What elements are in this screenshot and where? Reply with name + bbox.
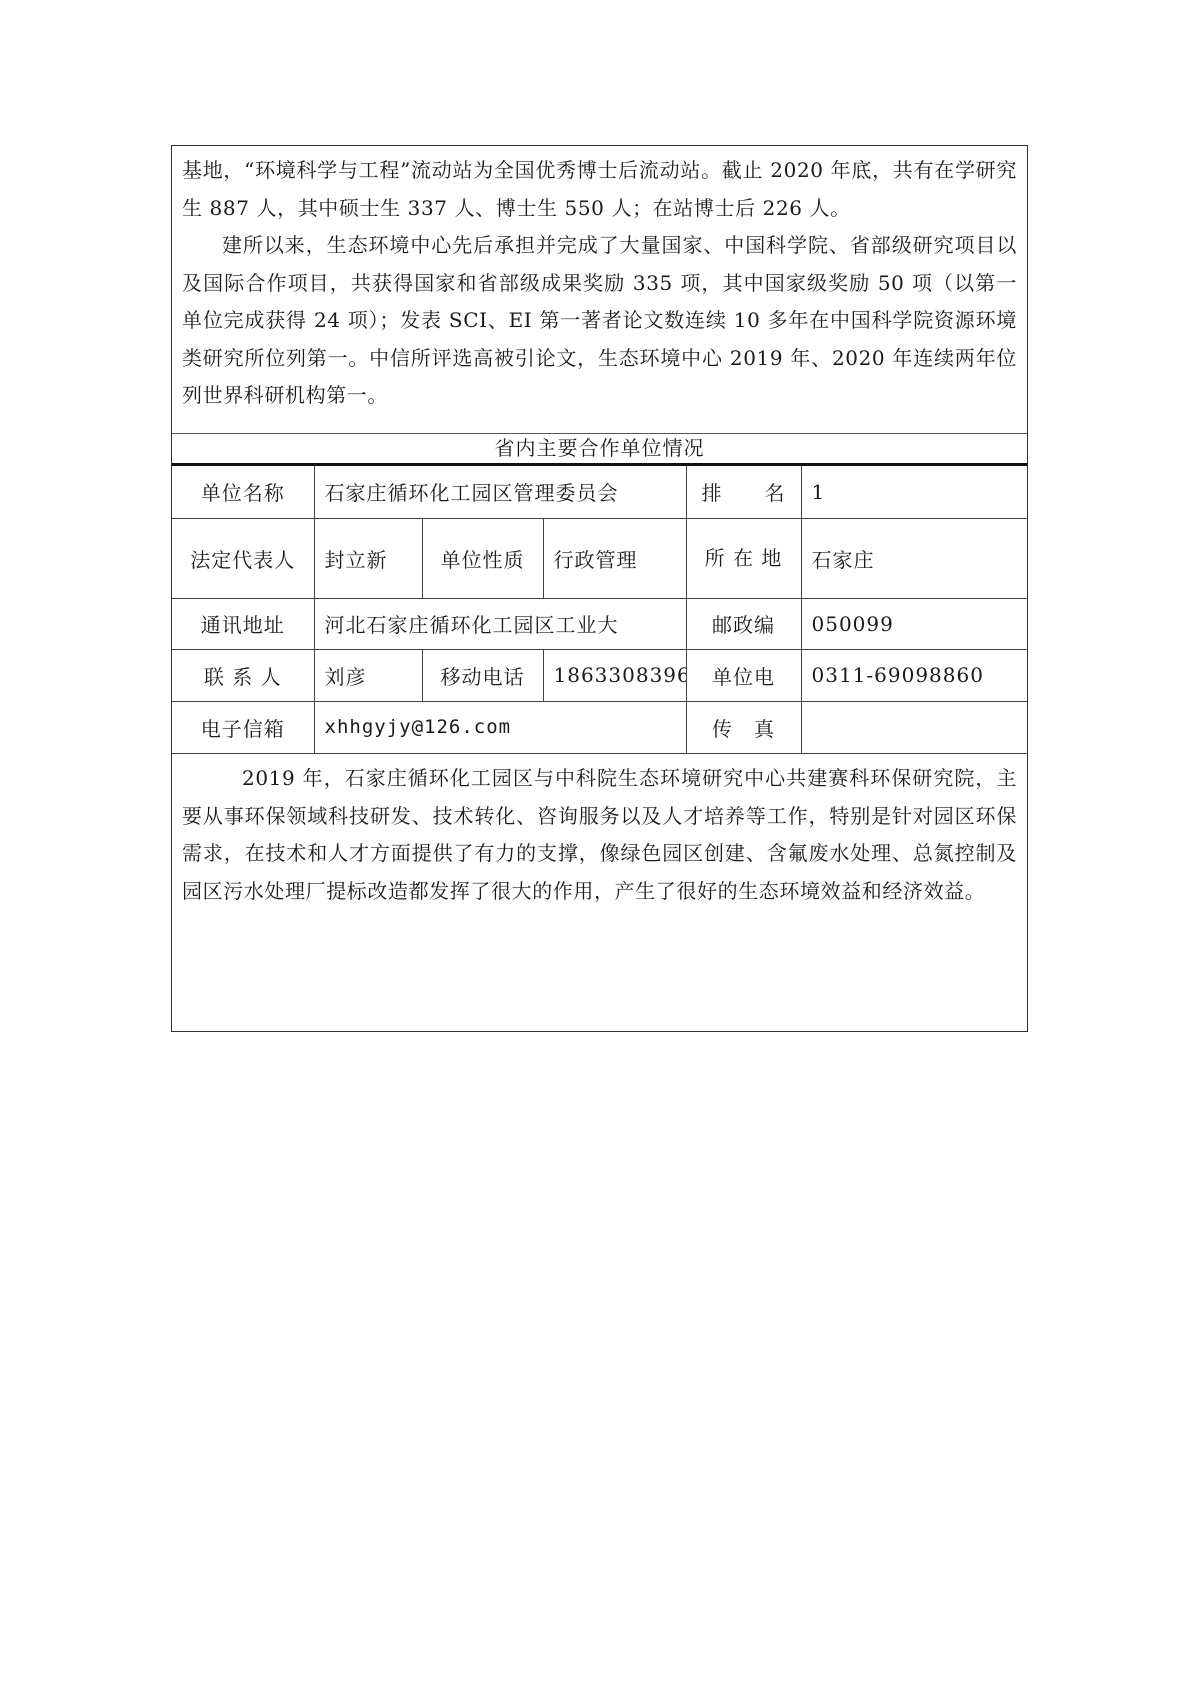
address-label: 通讯地址 [172,598,314,649]
legal-rep-value: 封立新 [314,518,422,598]
fax-label: 传 真 [686,701,801,753]
rank-value: 1 [801,466,1027,518]
postcode-label: 邮政编 [686,598,801,649]
office-phone-label: 单位电 [686,649,801,701]
mobile-label: 移动电话 [422,649,543,701]
unit-nature-label: 单位性质 [422,518,543,598]
unit-name-label: 单位名称 [172,466,314,518]
partner-info-table: 单位名称 石家庄循环化工园区管理委员会 排 名 1 法定代表人 封立新 单位性质… [172,466,1027,754]
document-table-frame: 基地，“环境科学与工程”流动站为全国优秀博士后流动站。截止 2020 年底，共有… [171,145,1028,1032]
postcode-value: 050099 [801,598,1027,649]
table-row-email: 电子信箱 xhhgyjy@126.com 传 真 [172,701,1027,753]
intro-paragraph-1: 基地，“环境科学与工程”流动站为全国优秀博士后流动站。截止 2020 年底，共有… [182,152,1017,227]
mobile-value: 1863308396 [543,649,686,701]
office-phone-value: 0311-69098860 [801,649,1027,701]
partner-description: 2019 年，石家庄循环化工园区与中科院生态环境研究中心共建赛科环保研究院，主要… [182,760,1017,910]
legal-rep-label: 法定代表人 [172,518,314,598]
rank-label: 排 名 [686,466,801,518]
table-row-unit-name: 单位名称 石家庄循环化工园区管理委员会 排 名 1 [172,466,1027,518]
table-row-address: 通讯地址 河北石家庄循环化工园区工业大 邮政编 050099 [172,598,1027,649]
contact-label: 联 系 人 [172,649,314,701]
unit-nature-value: 行政管理 [543,518,686,598]
fax-value [801,701,1027,753]
unit-name-value: 石家庄循环化工园区管理委员会 [314,466,686,518]
address-value: 河北石家庄循环化工园区工业大 [314,598,686,649]
contact-value: 刘彦 [314,649,422,701]
intro-section: 基地，“环境科学与工程”流动站为全国优秀博士后流动站。截止 2020 年底，共有… [172,146,1027,433]
location-label: 所 在 地 [686,518,801,598]
table-row-contact: 联 系 人 刘彦 移动电话 1863308396 单位电 0311-690988… [172,649,1027,701]
section-title: 省内主要合作单位情况 [172,433,1027,466]
email-label: 电子信箱 [172,701,314,753]
email-value: xhhgyjy@126.com [314,701,686,753]
partner-description-section: 2019 年，石家庄循环化工园区与中科院生态环境研究中心共建赛科环保研究院，主要… [172,753,1027,1031]
table-row-legal-rep: 法定代表人 封立新 单位性质 行政管理 所 在 地 石家庄 [172,518,1027,598]
location-value: 石家庄 [801,518,1027,598]
intro-paragraph-2: 建所以来，生态环境中心先后承担并完成了大量国家、中国科学院、省部级研究项目以及国… [182,227,1017,415]
